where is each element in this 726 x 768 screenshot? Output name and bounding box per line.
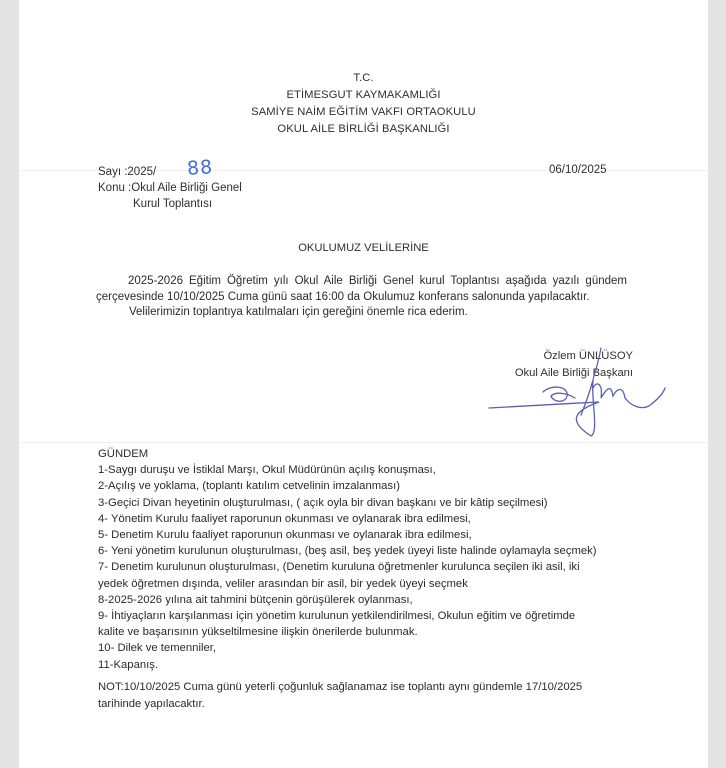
body-paragraph-1: 2025-2026 Eğitim Öğretim yılı Okul Aile … xyxy=(96,273,627,305)
letterhead: T.C. ETİMESGUT KAYMAKAMLIĞI SAMİYE NAİM … xyxy=(19,70,708,138)
document-page: T.C. ETİMESGUT KAYMAKAMLIĞI SAMİYE NAİM … xyxy=(19,0,708,768)
letterhead-line-school: SAMİYE NAİM EĞİTİM VAKFI ORTAOKULU xyxy=(19,104,708,121)
divider xyxy=(19,442,708,443)
document-date: 06/10/2025 xyxy=(549,162,607,179)
letterhead-line-district: ETİMESGUT KAYMAKAMLIĞI xyxy=(19,87,708,104)
letterhead-line-association: OKUL AİLE BİRLİĞİ BAŞKANLIĞI xyxy=(19,121,708,138)
agenda-section: GÜNDEM 1-Saygı duruşu ve İstiklal Marşı,… xyxy=(98,446,638,673)
agenda-item-continued: yedek öğretmen dışında, veliler arasında… xyxy=(98,576,638,592)
handwritten-reference-number: 88 xyxy=(186,156,214,180)
agenda-item: 11-Kapanış. xyxy=(98,657,638,673)
note-line: NOT:10/10/2025 Cuma günü yeterli çoğunlu… xyxy=(98,679,638,696)
subject-line: Konu :Okul Aile Birliği Genel xyxy=(98,180,242,197)
reference-number: Sayı :2025/ xyxy=(98,164,156,181)
agenda-item: 3-Geçici Divan heyetinin oluşturulması, … xyxy=(98,495,638,511)
agenda-item: 9- İhtiyaçların karşılanması için yöneti… xyxy=(98,608,638,624)
signature-icon xyxy=(481,340,681,440)
agenda-item: 10- Dilek ve temenniler, xyxy=(98,640,638,656)
body-paragraph-2: Velilerimizin toplantıya katılmaları içi… xyxy=(129,304,629,320)
agenda-item: 4- Yönetim Kurulu faaliyet raporunun oku… xyxy=(98,511,638,527)
letterhead-line-tc: T.C. xyxy=(19,70,708,87)
note-section: NOT:10/10/2025 Cuma günü yeterli çoğunlu… xyxy=(98,679,638,712)
agenda-title: GÜNDEM xyxy=(98,446,638,462)
agenda-item: 8-2025-2026 yılına ait tahmini bütçenin … xyxy=(98,592,638,608)
addressee-heading: OKULUMUZ VELİLERİNE xyxy=(19,242,708,254)
note-line-continued: tarihinde yapılacaktır. xyxy=(98,696,638,713)
agenda-item-continued: kalite ve başarısının yükseltilmesine il… xyxy=(98,624,638,640)
agenda-item: 5- Denetim Kurulu faaliyet raporunun oku… xyxy=(98,527,638,543)
agenda-item: 2-Açılış ve yoklama, (toplantı katılım c… xyxy=(98,478,638,494)
agenda-item: 6- Yeni yönetim kurulunun oluşturulması,… xyxy=(98,543,638,559)
agenda-item: 7- Denetim kurulunun oluşturulması, (Den… xyxy=(98,559,638,575)
agenda-item: 1-Saygı duruşu ve İstiklal Marşı, Okul M… xyxy=(98,462,638,478)
subject-line-continued: Kurul Toplantısı xyxy=(133,196,212,213)
